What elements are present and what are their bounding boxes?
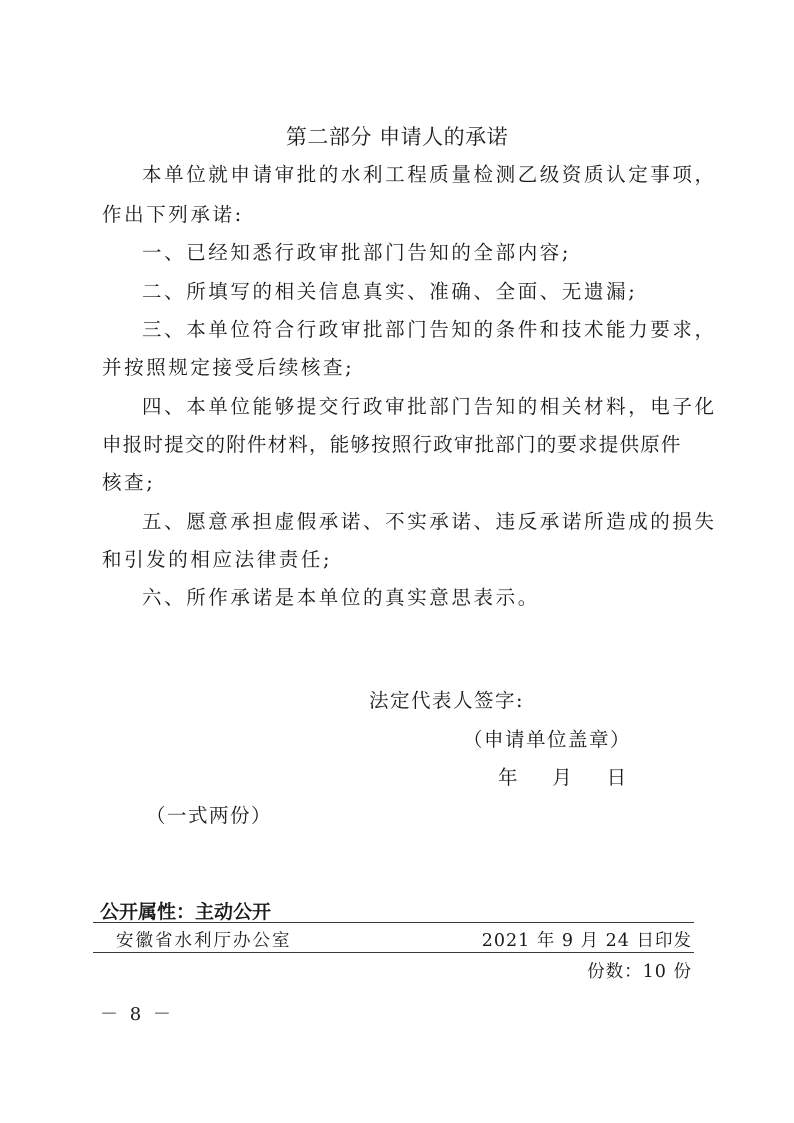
seal-label: （申请单位盖章） bbox=[463, 726, 631, 754]
commitment-item-1: 一、已经知悉行政审批部门告知的全部内容; bbox=[142, 239, 571, 267]
commitment-item-5: 五、愿意承担虚假承诺、不实承诺、违反承诺所造成的损失 bbox=[142, 508, 717, 536]
copies-note: （一式两份） bbox=[146, 802, 272, 830]
commitment-item-4-cont: 申报时提交的附件材料，能够按照行政审批部门的要求提供原件 bbox=[102, 431, 682, 459]
footer-rule-top bbox=[93, 922, 694, 923]
document-page: 第二部分 申请人的承诺 本单位就申请审批的水利工程质量检测乙级资质认定事项， 作… bbox=[0, 0, 794, 1123]
commitment-item-6: 六、所作承诺是本单位的真实意思表示。 bbox=[142, 584, 540, 612]
issuer: 安徽省水利厅办公室 bbox=[116, 927, 292, 952]
paragraph-line: 本单位就申请审批的水利工程质量检测乙级资质认定事项， bbox=[142, 161, 717, 189]
print-copies: 份数：10 份 bbox=[587, 958, 692, 983]
legal-representative-signature-label: 法定代表人签字: bbox=[369, 687, 524, 715]
commitment-item-5-cont: 和引发的相应法律责任; bbox=[102, 546, 332, 574]
commitment-item-3: 三、本单位符合行政审批部门告知的条件和技术能力要求， bbox=[142, 316, 717, 344]
issue-date: 2021 年 9 月 24 日印发 bbox=[482, 927, 692, 952]
paragraph-line: 作出下列承诺: bbox=[102, 201, 244, 229]
page-number: － 8 － bbox=[100, 1000, 174, 1026]
date-label: 年 月 日 bbox=[498, 764, 628, 792]
commitment-item-4: 四、本单位能够提交行政审批部门告知的相关材料，电子化 bbox=[142, 393, 717, 421]
section-title: 第二部分 申请人的承诺 bbox=[0, 121, 794, 151]
commitment-item-3-cont: 并按照规定接受后续核查; bbox=[102, 354, 354, 382]
disclosure-attribute: 公开属性：主动公开 bbox=[100, 897, 271, 924]
footer-rule-bottom bbox=[93, 952, 694, 953]
commitment-item-2: 二、所填写的相关信息真实、准确、全面、无遗漏; bbox=[142, 278, 637, 306]
commitment-item-4-cont: 核查; bbox=[102, 469, 155, 497]
